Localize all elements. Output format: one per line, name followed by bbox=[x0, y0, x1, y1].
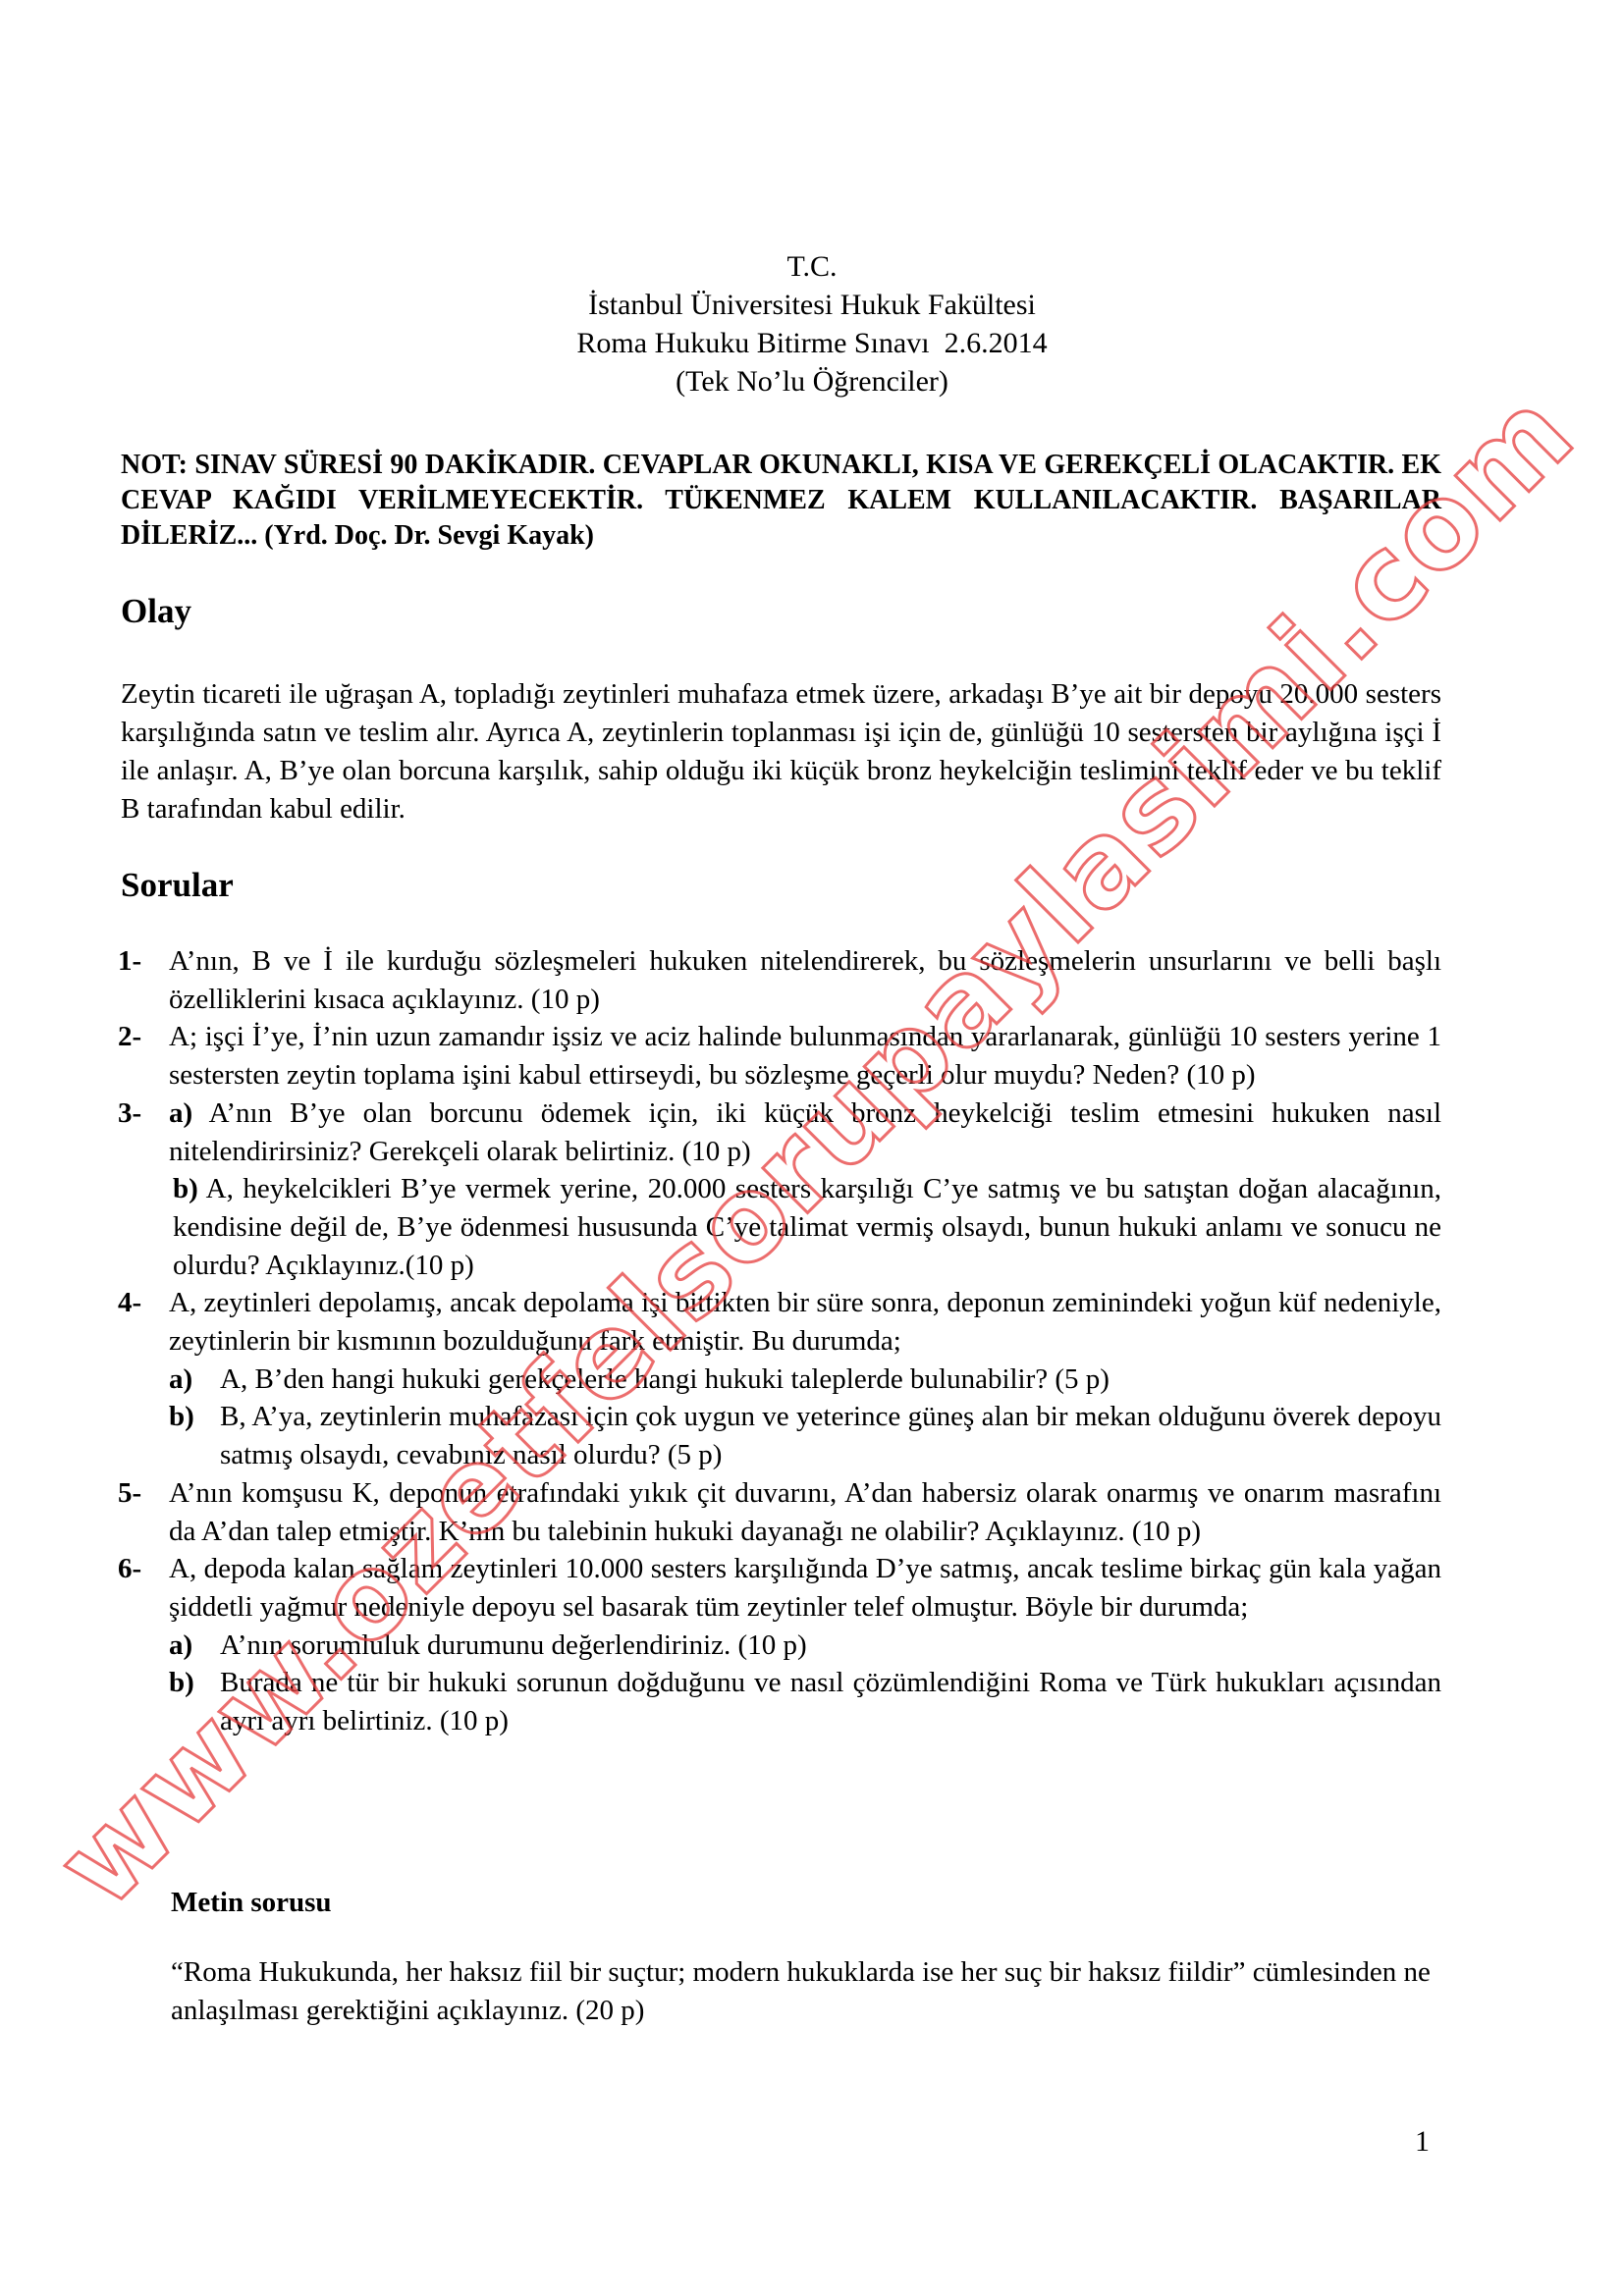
header-exam-title: Roma Hukuku Bitirme Sınavı 2.6.2014 bbox=[0, 324, 1624, 362]
question-number: 5- bbox=[118, 1474, 141, 1513]
subquestion-text: Burada ne tür bir hukuki sorunun doğduğu… bbox=[220, 1667, 1441, 1736]
question-list: 1- A’nın, B ve İ ile kurduğu sözleşmeler… bbox=[118, 942, 1441, 1740]
question-text: A; işçi İ’ye, İ’nin uzun zamandır işsiz … bbox=[169, 1021, 1441, 1091]
subquestion-label: a) bbox=[169, 1627, 192, 1665]
question-4: 4- A, zeytinleri depolamış, ancak depola… bbox=[118, 1284, 1441, 1474]
header-tc: T.C. bbox=[0, 247, 1624, 286]
question-number: 6- bbox=[118, 1550, 141, 1588]
exam-note: NOT: SINAV SÜRESİ 90 DAKİKADIR. CEVAPLAR… bbox=[121, 448, 1441, 554]
question-1: 1- A’nın, B ve İ ile kurduğu sözleşmeler… bbox=[118, 942, 1441, 1018]
question-6a: a) A’nın sorumluluk durumunu değerlendir… bbox=[169, 1627, 1441, 1665]
subquestion-text: A’nın sorumluluk durumunu değerlendirini… bbox=[220, 1629, 807, 1661]
metin-heading: Metin sorusu bbox=[171, 1887, 332, 1919]
page-number: 1 bbox=[1415, 2125, 1430, 2159]
question-6b: b) Burada ne tür bir hukuki sorunun doğd… bbox=[169, 1664, 1441, 1739]
subquestion-text: B, A’ya, zeytinlerin muhafazası için çok… bbox=[220, 1401, 1441, 1470]
subquestion-label: b) bbox=[169, 1664, 194, 1702]
metin-text: “Roma Hukukunda, her haksız fiil bir suç… bbox=[171, 1953, 1441, 2030]
question-text: A, zeytinleri depolamış, ancak depolama … bbox=[169, 1287, 1441, 1357]
question-text: A, depoda kalan sağlam zeytinleri 10.000… bbox=[169, 1553, 1441, 1623]
question-3: 3- a) A’nın B’ye olan borcunu ödemek içi… bbox=[118, 1095, 1441, 1285]
question-4a: a) A, B’den hangi hukuki gerekçelerle ha… bbox=[169, 1361, 1441, 1399]
exam-page: T.C. İstanbul Üniversitesi Hukuk Fakülte… bbox=[0, 0, 1624, 2296]
question-5: 5- A’nın komşusu K, deponun etrafındaki … bbox=[118, 1474, 1441, 1550]
header-student-group: (Tek No’lu Öğrenciler) bbox=[0, 362, 1624, 400]
question-3a: a) A’nın B’ye olan borcunu ödemek için, … bbox=[169, 1095, 1441, 1170]
subquestion-label: b) bbox=[169, 1398, 194, 1436]
exam-header: T.C. İstanbul Üniversitesi Hukuk Fakülte… bbox=[0, 247, 1624, 400]
question-number: 2- bbox=[118, 1018, 141, 1056]
question-3b: b) A, heykelcikleri B’ye vermek yerine, … bbox=[169, 1170, 1441, 1284]
subquestion-text: A’nın B’ye olan borcunu ödemek için, iki… bbox=[169, 1097, 1441, 1167]
subquestion-text: A, heykelcikleri B’ye vermek yerine, 20.… bbox=[173, 1173, 1441, 1280]
question-6: 6- A, depoda kalan sağlam zeytinleri 10.… bbox=[118, 1550, 1441, 1740]
subquestion-label: b) bbox=[173, 1173, 198, 1204]
subquestion-label: a) bbox=[169, 1097, 192, 1129]
question-text: A’nın komşusu K, deponun etrafındaki yık… bbox=[169, 1477, 1441, 1547]
sorular-heading: Sorular bbox=[121, 866, 234, 905]
question-number: 1- bbox=[118, 942, 141, 981]
question-number: 3- bbox=[118, 1095, 141, 1133]
olay-text: Zeytin ticareti ile uğraşan A, topladığı… bbox=[121, 675, 1441, 828]
question-4b: b) B, A’ya, zeytinlerin muhafazası için … bbox=[169, 1398, 1441, 1473]
olay-heading: Olay bbox=[121, 592, 191, 631]
question-number: 4- bbox=[118, 1284, 141, 1322]
subquestion-text: A, B’den hangi hukuki gerekçelerle hangi… bbox=[220, 1363, 1110, 1395]
header-university: İstanbul Üniversitesi Hukuk Fakültesi bbox=[0, 286, 1624, 324]
question-text: A’nın, B ve İ ile kurduğu sözleşmeleri h… bbox=[169, 945, 1441, 1015]
question-2: 2- A; işçi İ’ye, İ’nin uzun zamandır işs… bbox=[118, 1018, 1441, 1094]
subquestion-label: a) bbox=[169, 1361, 192, 1399]
